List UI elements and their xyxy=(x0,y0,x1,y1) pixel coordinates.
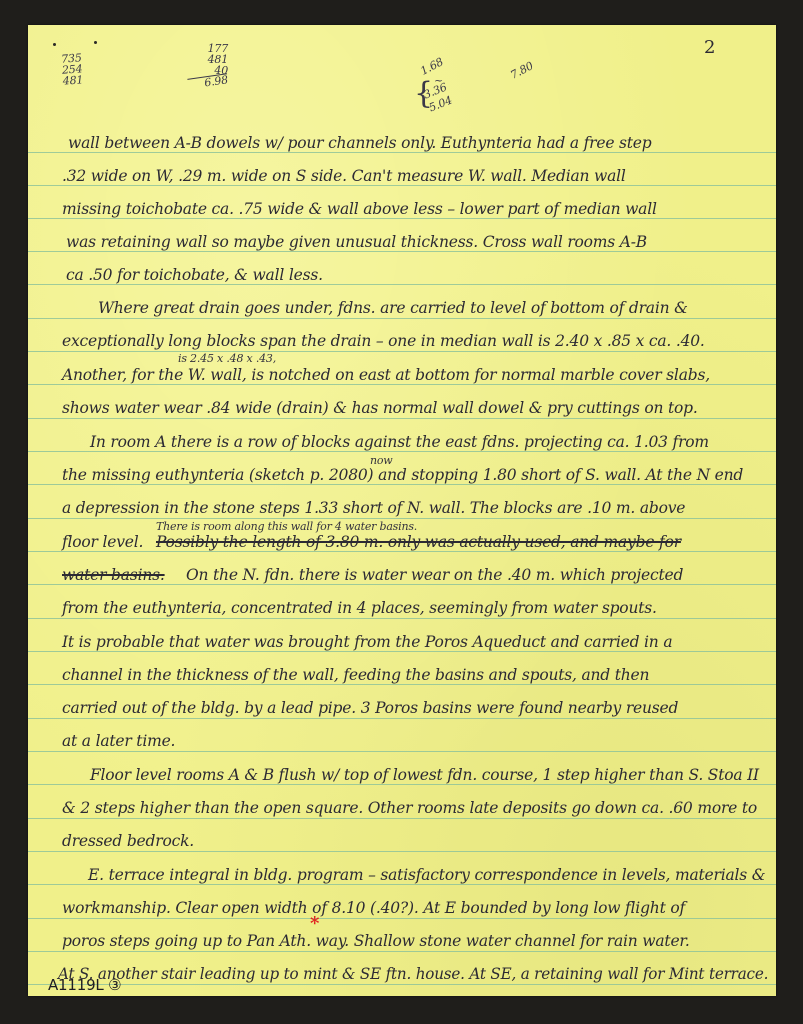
text-line: exceptionally long blocks span the drain… xyxy=(62,331,705,351)
text-line: missing toichobate ca. .75 wide & wall a… xyxy=(62,199,657,219)
text-line: a depression in the stone steps 1.33 sho… xyxy=(62,498,685,518)
ruled-line xyxy=(28,351,776,352)
punch-mark xyxy=(94,41,97,44)
struck-through-text: water basins. xyxy=(62,565,165,585)
text-line: .32 wide on W, .29 m. wide on S side. Ca… xyxy=(62,166,626,186)
archive-id: A1119L ③ xyxy=(48,976,121,994)
ruled-line xyxy=(28,618,776,619)
text-line: ca .50 for toichobate, & wall less. xyxy=(66,265,323,285)
ruled-line xyxy=(28,851,776,852)
notebook-page: 2 735 254 481 177 481 40 6.98 1.68 ~ { 3… xyxy=(28,25,776,996)
ruled-line xyxy=(28,818,776,819)
ruled-line xyxy=(28,318,776,319)
text-line: at a later time. xyxy=(62,731,175,751)
ruled-line xyxy=(28,984,776,985)
page-number: 2 xyxy=(704,37,715,58)
text-line: poros steps going up to Pan Ath. way. Sh… xyxy=(62,931,690,951)
archive-circle-number: ③ xyxy=(108,976,121,994)
archive-id-text: A1119L xyxy=(48,976,104,994)
text-line: At S. another stair leading up to mint &… xyxy=(58,964,768,984)
margin-calculation-2: 177 481 40 6.98 xyxy=(188,43,228,88)
text-line: carried out of the bldg. by a lead pipe.… xyxy=(62,698,678,718)
calc-value: 481 xyxy=(62,74,83,86)
punch-mark xyxy=(53,43,56,46)
text-line: shows water wear .84 wide (drain) & has … xyxy=(62,398,698,418)
ruled-line xyxy=(28,418,776,419)
text-line: channel in the thickness of the wall, fe… xyxy=(62,665,649,685)
text-line: It is probable that water was brought fr… xyxy=(62,632,672,652)
text-line: was retaining wall so maybe given unusua… xyxy=(66,232,647,252)
text-line: E. terrace integral in bldg. program – s… xyxy=(88,865,765,885)
text-line: Another, for the W. wall, is notched on … xyxy=(62,365,710,385)
text-line: the missing euthynteria (sketch p. 2080)… xyxy=(62,465,743,485)
text-line: wall between A-B dowels w/ pour channels… xyxy=(68,133,652,153)
text-line: Where great drain goes under, fdns. are … xyxy=(98,298,688,318)
insertion-note: is 2.45 x .48 x .43, xyxy=(178,352,276,365)
margin-calculation-1: 735 254 481 xyxy=(61,52,84,86)
ruled-line xyxy=(28,718,776,719)
margin-calculation-4: 7.80 xyxy=(509,60,535,81)
ruled-line xyxy=(28,951,776,952)
ruled-line xyxy=(28,918,776,919)
text-line: dressed bedrock. xyxy=(62,831,194,851)
text-line: & 2 steps higher than the open square. O… xyxy=(62,798,757,818)
text-line: from the euthynteria, concentrated in 4 … xyxy=(62,598,657,618)
text-line: Floor level rooms A & B flush w/ top of … xyxy=(90,765,759,785)
text-line: On the N. fdn. there is water wear on th… xyxy=(186,565,683,585)
ruled-line xyxy=(28,518,776,519)
text-line: workmanship. Clear open width of 8.10 (.… xyxy=(62,898,685,918)
text-line: floor level. xyxy=(62,532,143,552)
ruled-line xyxy=(28,751,776,752)
text-line: In room A there is a row of blocks again… xyxy=(90,432,709,452)
struck-through-text: Possibly the length of 3.80 m. only was … xyxy=(156,532,681,552)
